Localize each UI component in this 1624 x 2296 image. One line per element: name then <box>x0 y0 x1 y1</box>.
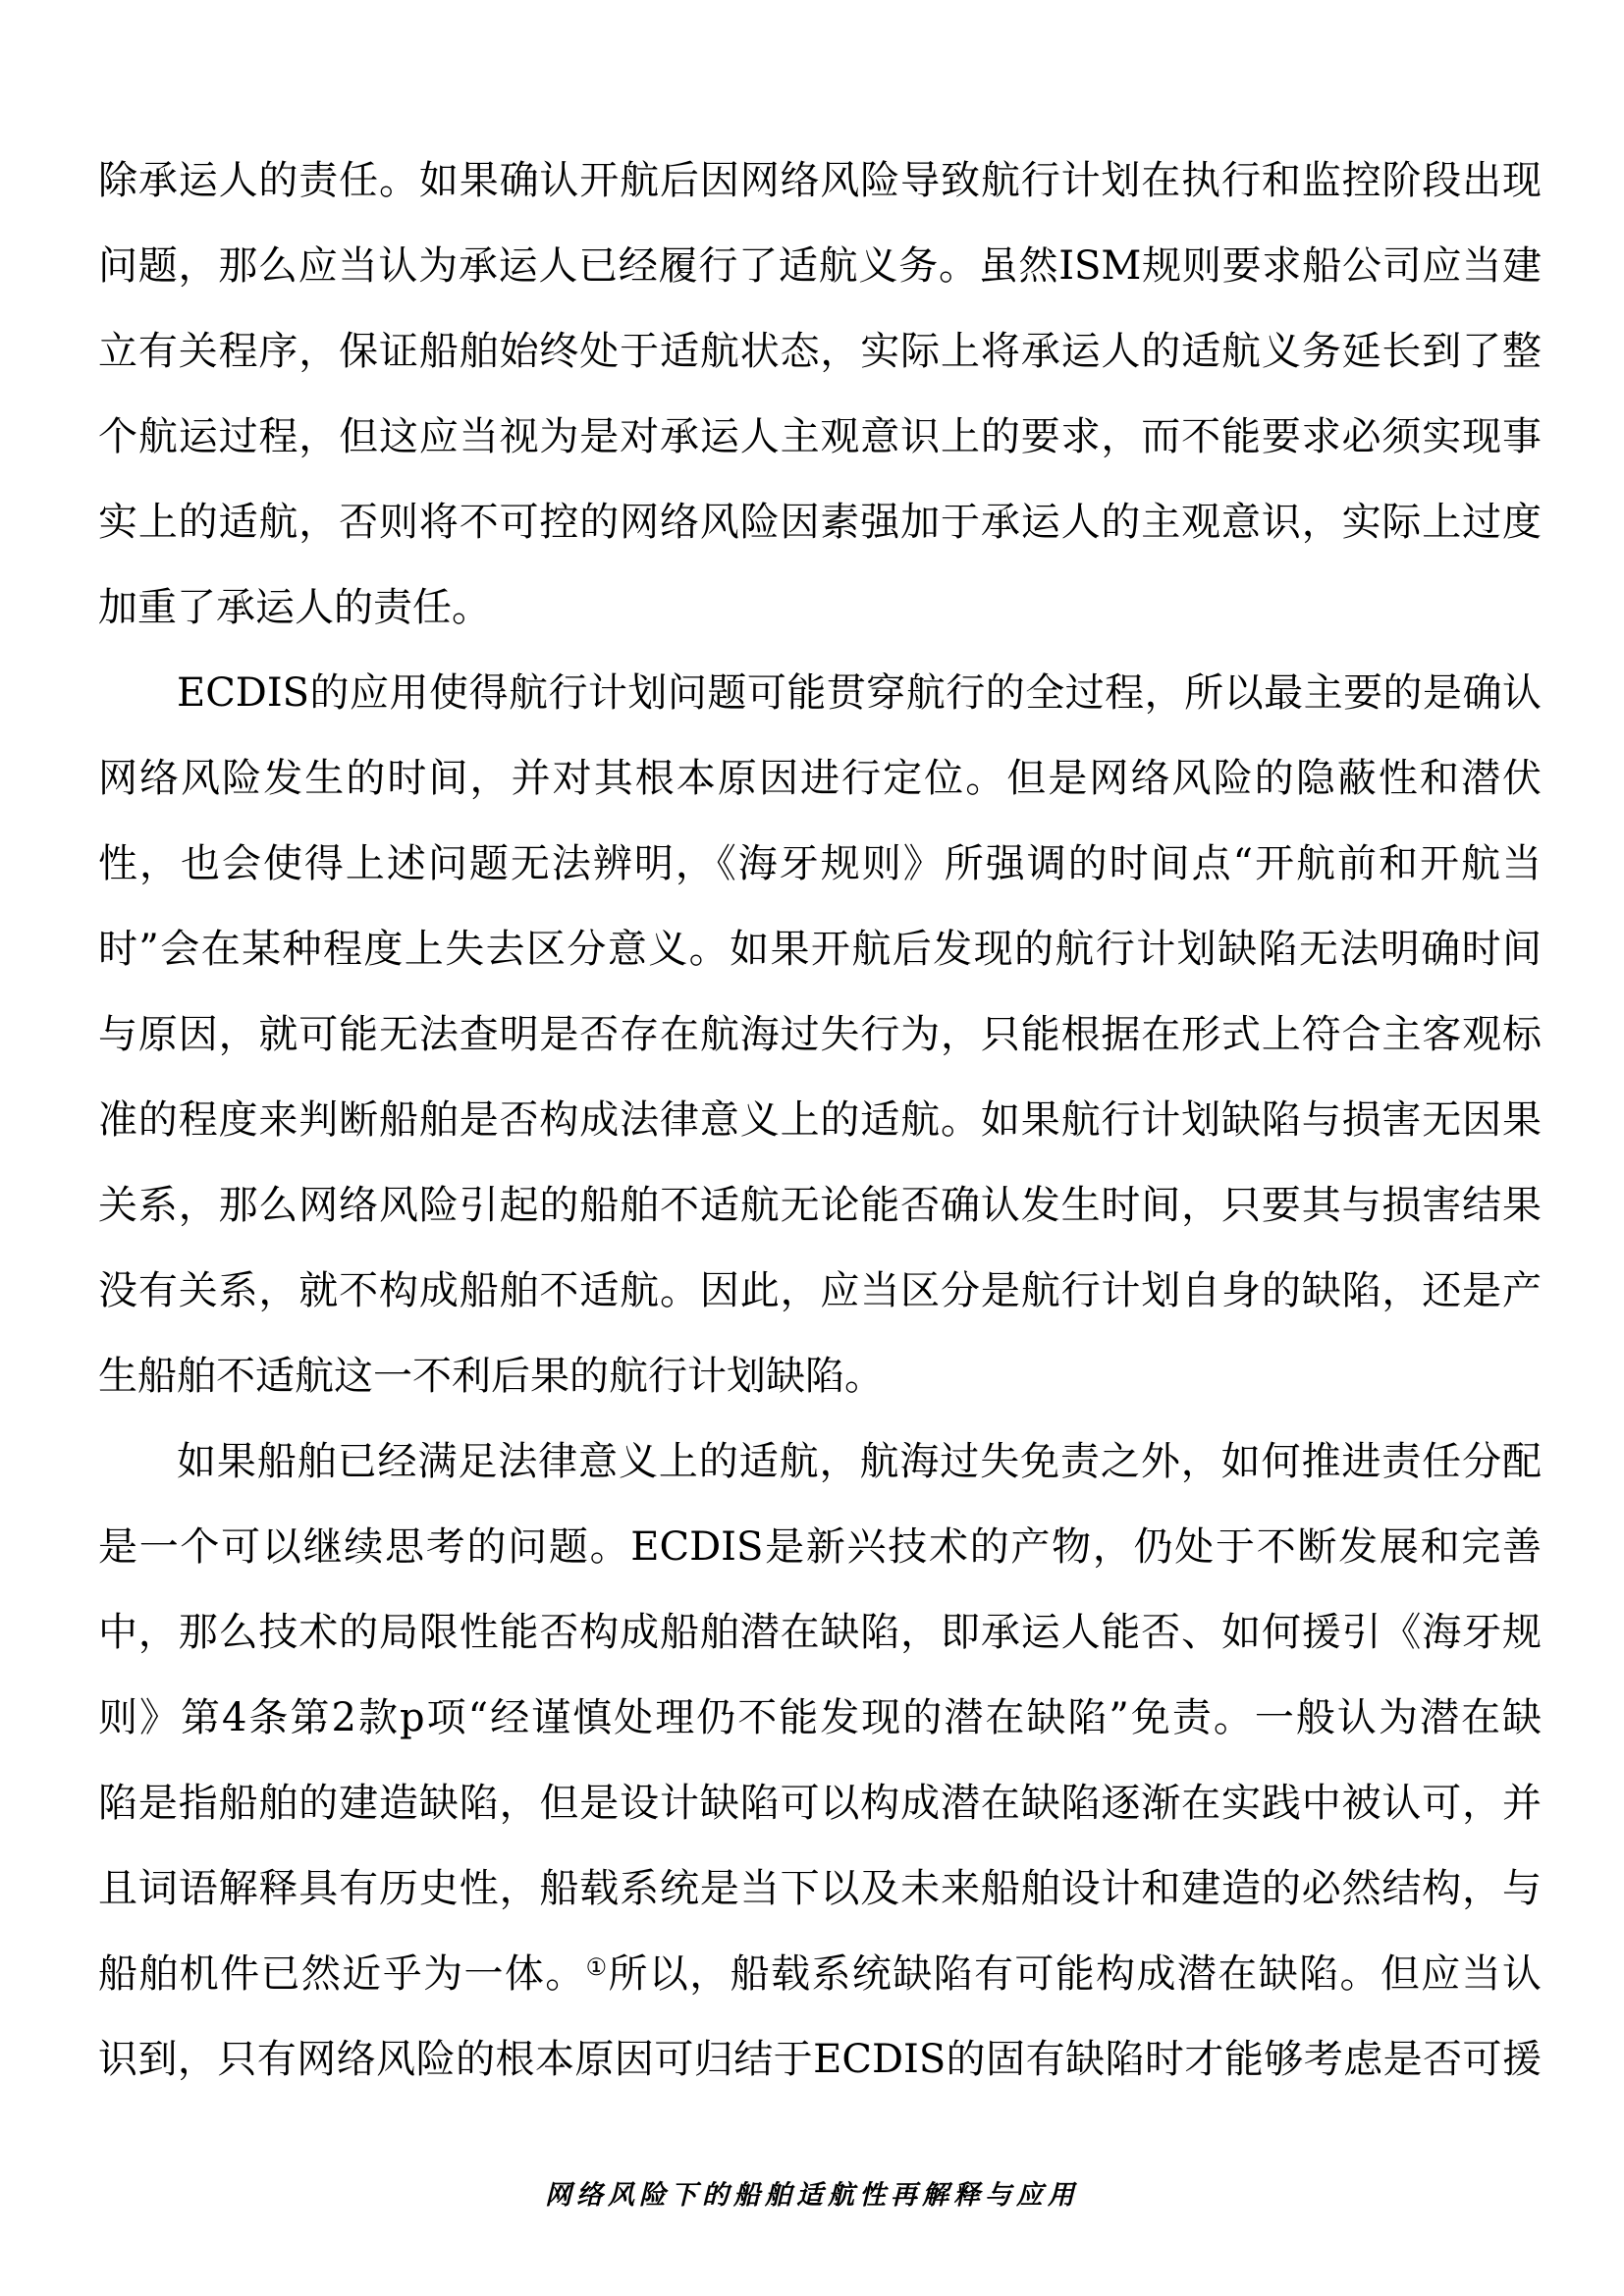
text-line: 识到，只有网络风险的根本原因可归结于ECDIS的固有缺陷时才能够考虑是否可援 <box>98 2017 1542 2103</box>
body-text: 除承运人的责任。如果确认开航后因网络风险导致航行计划在执行和监控阶段出现问题，那… <box>98 138 1542 2103</box>
text-line: 问题，那么应当认为承运人已经履行了适航义务。虽然ISM规则要求船公司应当建 <box>98 224 1542 309</box>
text-line: 是一个可以继续思考的问题。ECDIS是新兴技术的产物，仍处于不断发展和完善 <box>98 1505 1542 1590</box>
text-line: 陷是指船舶的建造缺陷，但是设计缺陷可以构成潜在缺陷逐渐在实践中被认可，并 <box>98 1761 1542 1846</box>
text-line: 如果船舶已经满足法律意义上的适航，航海过失免责之外，如何推进责任分配 <box>98 1419 1542 1505</box>
text-line: 加重了承运人的责任。 <box>98 565 1542 651</box>
text-line: 性，也会使得上述问题无法辨明，《海牙规则》所强调的时间点“开航前和开航当 <box>98 822 1542 907</box>
text-line: 除承运人的责任。如果确认开航后因网络风险导致航行计划在执行和监控阶段出现 <box>98 138 1542 224</box>
document-page: 除承运人的责任。如果确认开航后因网络风险导致航行计划在执行和监控阶段出现问题，那… <box>0 0 1624 2296</box>
text-line: 准的程度来判断船舶是否构成法律意义上的适航。如果航行计划缺陷与损害无因果 <box>98 1078 1542 1163</box>
text-line: 时”会在某种程度上失去区分意义。如果开航后发现的航行计划缺陷无法明确时间 <box>98 907 1542 992</box>
text-line: 生船舶不适航这一不利后果的航行计划缺陷。 <box>98 1334 1542 1419</box>
text-line: 关系，那么网络风险引起的船舶不适航无论能否确认发生时间，只要其与损害结果 <box>98 1163 1542 1249</box>
text-line: 则》第4条第2款p项“经谨慎处理仍不能发现的潜在缺陷”免责。一般认为潜在缺 <box>98 1676 1542 1761</box>
text-line: 实上的适航，否则将不可控的网络风险因素强加于承运人的主观意识，实际上过度 <box>98 480 1542 565</box>
text-line: 与原因，就可能无法查明是否存在航海过失行为，只能根据在形式上符合主客观标 <box>98 992 1542 1078</box>
text-line: 中，那么技术的局限性能否构成船舶潜在缺陷，即承运人能否、如何援引《海牙规 <box>98 1590 1542 1676</box>
text-line: 个航运过程，但这应当视为是对承运人主观意识上的要求，而不能要求必须实现事 <box>98 395 1542 480</box>
text-line: ECDIS的应用使得航行计划问题可能贯穿航行的全过程，所以最主要的是确认 <box>98 651 1542 736</box>
text-line: 没有关系，就不构成船舶不适航。因此，应当区分是航行计划自身的缺陷，还是产 <box>98 1249 1542 1334</box>
text-line: 网络风险发生的时间，并对其根本原因进行定位。但是网络风险的隐蔽性和潜伏 <box>98 736 1542 822</box>
text-line: 且词语解释具有历史性，船载系统是当下以及未来船舶设计和建造的必然结构，与 <box>98 1846 1542 1932</box>
text-line: 立有关程序，保证船舶始终处于适航状态，实际上将承运人的适航义务延长到了整 <box>98 309 1542 395</box>
footnote-ref-marker: ① <box>586 1953 609 1981</box>
text-line: 船舶机件已然近乎为一体。①所以，船载系统缺陷有可能构成潜在缺陷。但应当认 <box>98 1932 1542 2017</box>
page: { "page": { "background": "#ffffff", "te… <box>0 0 1624 2296</box>
footer-running-title: 网络风险下的船舶适航性再解释与应用 <box>545 2180 1079 2211</box>
page-footer: 网络风险下的船舶适航性再解释与应用 <box>0 2173 1624 2212</box>
